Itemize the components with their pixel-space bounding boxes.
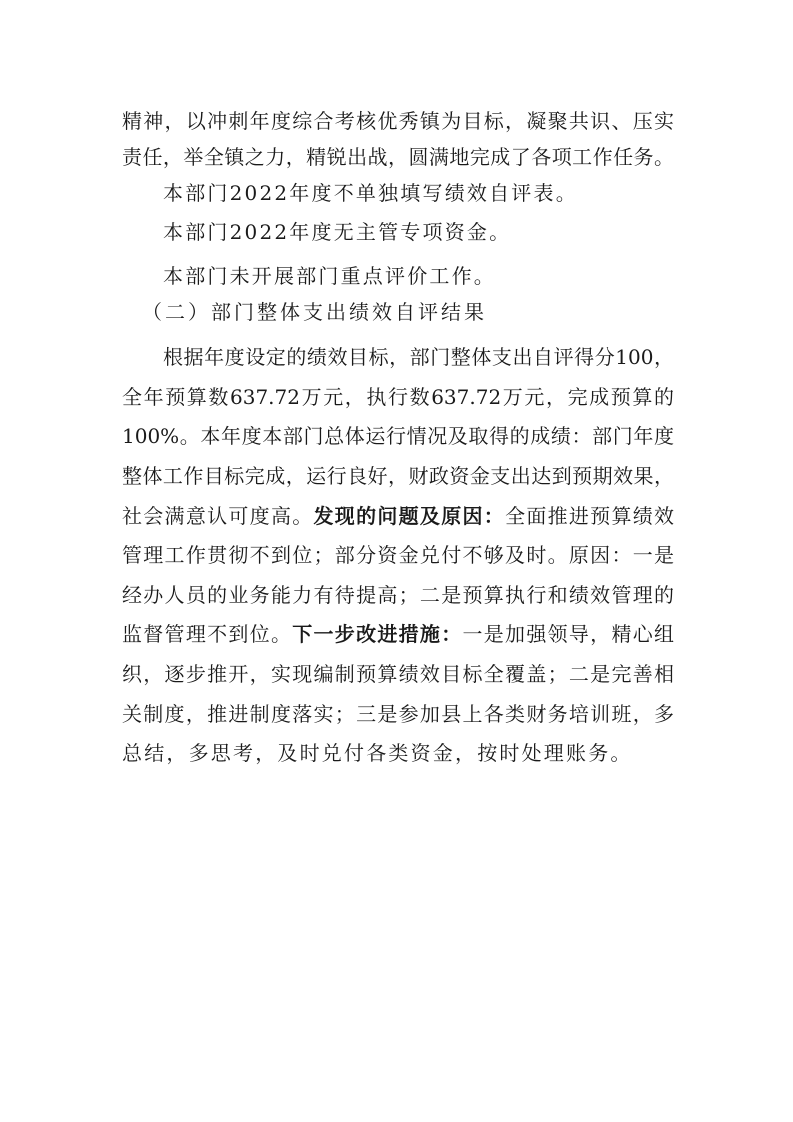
paragraph-line: 管理工作贯彻不到位；部分资金兑付不够及时。原因：一是 <box>122 543 674 567</box>
paragraph-line: 根据年度设定的绩效目标，部门整体支出自评得分100， <box>163 345 674 369</box>
bold-label-improvements: 下一步改进措施： <box>292 622 462 646</box>
paragraph-line: 责任，举全镇之力，精锐出战，圆满地完成了各项工作任务。 <box>122 145 674 169</box>
line-text: 一是加强领导，精心组 <box>463 622 675 646</box>
line-text: 监督管理不到位。 <box>122 622 292 646</box>
paragraph-line: 社会满意认可度高。发现的问题及原因：全面推进预算绩效 <box>122 504 674 528</box>
paragraph-line: 本部门2022年度不单独填写绩效自评表。 <box>163 181 674 205</box>
section-heading: （二）部门整体支出绩效自评结果 <box>142 300 694 324</box>
line-text: 全面推进预算绩效 <box>505 504 674 528</box>
paragraph-line: 整体工作目标完成，运行良好，财政资金支出达到预期效果， <box>122 464 674 488</box>
paragraph-line: 本部门2022年度无主管专项资金。 <box>163 220 674 244</box>
paragraph-line: 精神，以冲刺年度综合考核优秀镇为目标，凝聚共识、压实 <box>122 109 674 133</box>
paragraph-line: 关制度，推进制度落实；三是参加县上各类财务培训班，多 <box>122 702 674 726</box>
paragraph-line: 监督管理不到位。下一步改进措施：一是加强领导，精心组 <box>122 622 674 646</box>
paragraph-line: 全年预算数637.72万元，执行数637.72万元，完成预算的 <box>122 385 674 409</box>
bold-label-problems: 发现的问题及原因： <box>314 504 506 528</box>
paragraph-line: 总结，多思考，及时兑付各类资金，按时处理账务。 <box>122 741 674 765</box>
paragraph-line: 经办人员的业务能力有待提高；二是预算执行和绩效管理的 <box>122 583 674 607</box>
paragraph-line: 本部门未开展部门重点评价工作。 <box>163 264 674 288</box>
paragraph-line: 100%。本年度本部门总体运行情况及取得的成绩：部门年度 <box>122 424 674 448</box>
paragraph-line: 织，逐步推开，实现编制预算绩效目标全覆盖；二是完善相 <box>122 662 674 686</box>
line-text: 社会满意认可度高。 <box>122 504 314 528</box>
document-page: 精神，以冲刺年度综合考核优秀镇为目标，凝聚共识、压实 责任，举全镇之力，精锐出战… <box>0 0 793 1122</box>
